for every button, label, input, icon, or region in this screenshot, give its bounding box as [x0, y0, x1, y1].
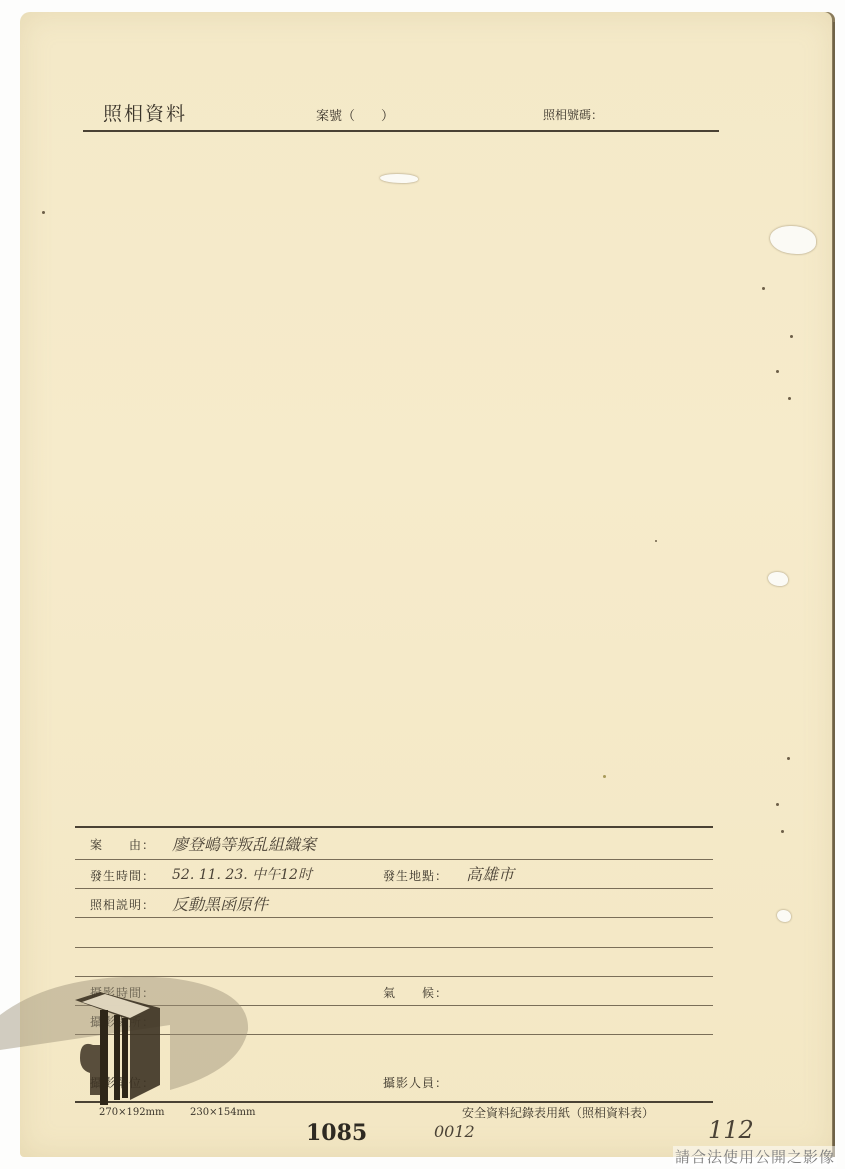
paper-speck — [788, 397, 791, 400]
stamp-number: 1085 — [306, 1120, 367, 1146]
paper-hole — [768, 572, 788, 586]
paper-size-b: 230×154mm — [190, 1107, 256, 1118]
form-rule — [75, 1005, 713, 1006]
watermark-text: 請合法使用公開之影像 — [673, 1146, 837, 1167]
form-rule — [75, 859, 713, 860]
occurrence-place-value: 高雄市 — [466, 862, 514, 885]
form-name: 安全資料紀錄表用紙（照相資料表） — [462, 1104, 654, 1121]
form-rule — [75, 976, 713, 977]
occurrence-place-label: 發生地點： — [383, 867, 448, 884]
photo-time-label: 攝影時間： — [90, 984, 155, 1001]
photo-location-label: 攝影場所： — [90, 1013, 155, 1030]
handwritten-code: 0012 — [434, 1122, 475, 1141]
paper-speck — [762, 287, 765, 290]
photo-number-label: 照相號碼： — [543, 106, 603, 123]
form-bottom-rule — [75, 1101, 713, 1103]
paper-speck — [776, 370, 779, 373]
form-rule — [75, 917, 713, 918]
paper-hole — [777, 910, 791, 922]
form-rule — [75, 947, 713, 948]
handwritten-page: 112 — [708, 1116, 754, 1144]
paper-speck — [603, 775, 606, 778]
photographer-label: 攝影人員： — [383, 1074, 448, 1091]
case-number-label: 案號（ ） — [316, 105, 394, 124]
occurrence-time-label: 發生時間： — [90, 867, 155, 884]
occurrence-time-value: 52. 11. 23. 中午12时 — [172, 864, 312, 884]
photo-unit-label: 攝影單位： — [90, 1074, 155, 1091]
case-reason-value: 廖登嶋等叛乱組織案 — [172, 832, 316, 855]
header-rule — [83, 130, 719, 132]
paper-speck — [787, 757, 790, 760]
paper-speck — [776, 803, 779, 806]
photo-description-label: 照相説明： — [90, 896, 155, 913]
paper-speck — [781, 830, 784, 833]
form-rule — [75, 1034, 713, 1035]
photo-description-value: 反動黑函原件 — [172, 892, 268, 915]
form-rule — [75, 888, 713, 889]
weather-label: 氣 候： — [383, 984, 448, 1001]
paper-speck — [655, 540, 657, 542]
form-title: 照相資料 — [103, 99, 187, 126]
paper-size-a: 270×192mm — [99, 1107, 165, 1118]
case-reason-label: 案 由： — [90, 836, 155, 853]
paper-speck — [790, 335, 793, 338]
form-top-rule — [75, 826, 713, 828]
paper-speck — [42, 211, 45, 214]
